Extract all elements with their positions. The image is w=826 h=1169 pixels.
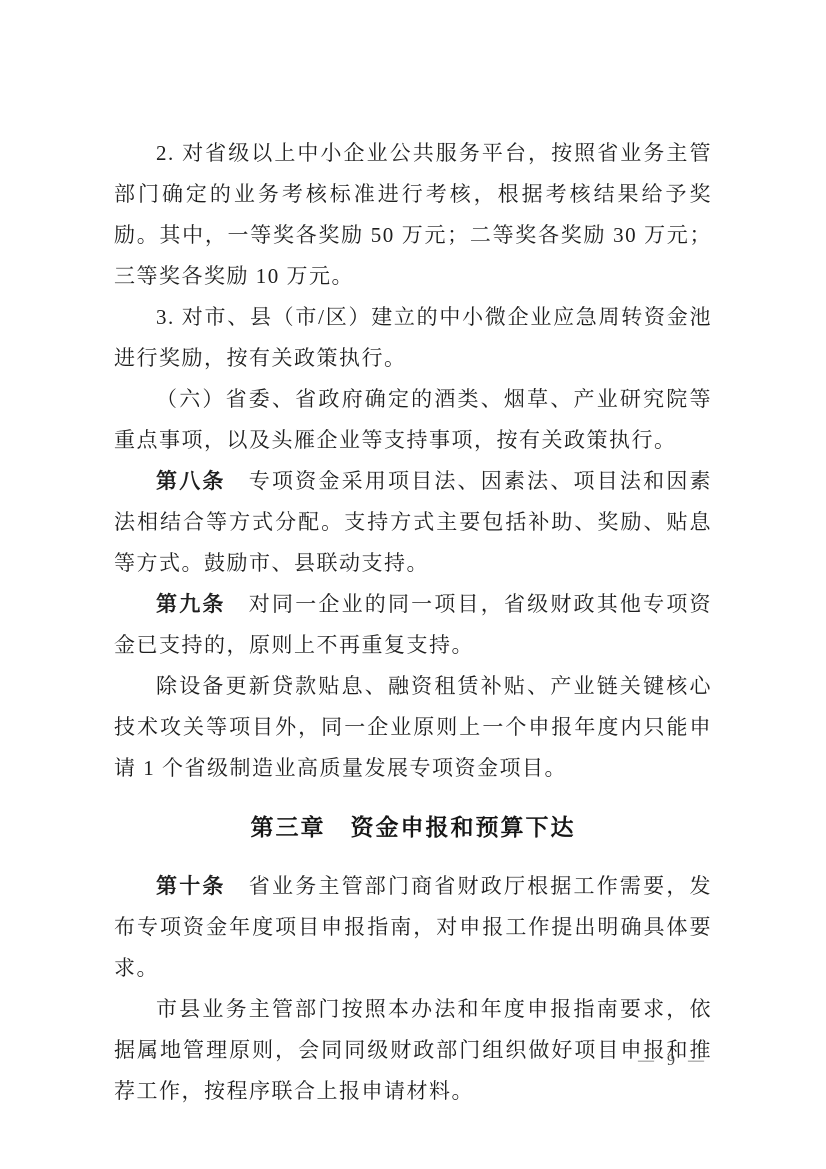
chapter-number: 第三章 bbox=[251, 814, 326, 840]
chapter-heading: 第三章 资金申报和预算下达 bbox=[114, 809, 712, 845]
paragraph: 第九条 对同一企业的同一项目，省级财政其他专项资金已支持的，原则上不再重复支持。 bbox=[114, 584, 712, 666]
paragraph: 3. 对市、县（市/区）建立的中小微企业应急周转资金池进行奖励，按有关政策执行。 bbox=[114, 297, 712, 379]
article-number: 第十条 bbox=[156, 875, 226, 898]
footer-right-dash: — bbox=[688, 1053, 704, 1069]
document-body: 2. 对省级以上中小企业公共服务平台，按照省业务主管部门确定的业务考核标准进行考… bbox=[114, 133, 712, 1112]
paragraph: 2. 对省级以上中小企业公共服务平台，按照省业务主管部门确定的业务考核标准进行考… bbox=[114, 133, 712, 297]
chapter-title: 资金申报和预算下达 bbox=[351, 814, 576, 840]
paragraph: 除设备更新贷款贴息、融资租赁补贴、产业链关键核心技术攻关等项目外，同一企业原则上… bbox=[114, 666, 712, 789]
paragraph: 第八条 专项资金采用项目法、因素法、项目法和因素法相结合等方式分配。支持方式主要… bbox=[114, 461, 712, 584]
article-number: 第九条 bbox=[156, 593, 226, 616]
page-number: 9 bbox=[667, 1053, 675, 1069]
paragraph: （六）省委、省政府确定的酒类、烟草、产业研究院等重点事项，以及头雁企业等支持事项… bbox=[114, 379, 712, 461]
footer-left-dash: — bbox=[638, 1053, 654, 1069]
article-number: 第八条 bbox=[156, 470, 226, 493]
paragraph: 第十条 省业务主管部门商省财政厅根据工作需要，发布专项资金年度项目申报指南，对申… bbox=[114, 866, 712, 989]
document-page: 2. 对省级以上中小企业公共服务平台，按照省业务主管部门确定的业务考核标准进行考… bbox=[0, 0, 826, 1169]
paragraph: 市县业务主管部门按照本办法和年度申报指南要求，依据属地管理原则，会同同级财政部门… bbox=[114, 989, 712, 1112]
page-footer: — 9 — bbox=[638, 1053, 704, 1069]
